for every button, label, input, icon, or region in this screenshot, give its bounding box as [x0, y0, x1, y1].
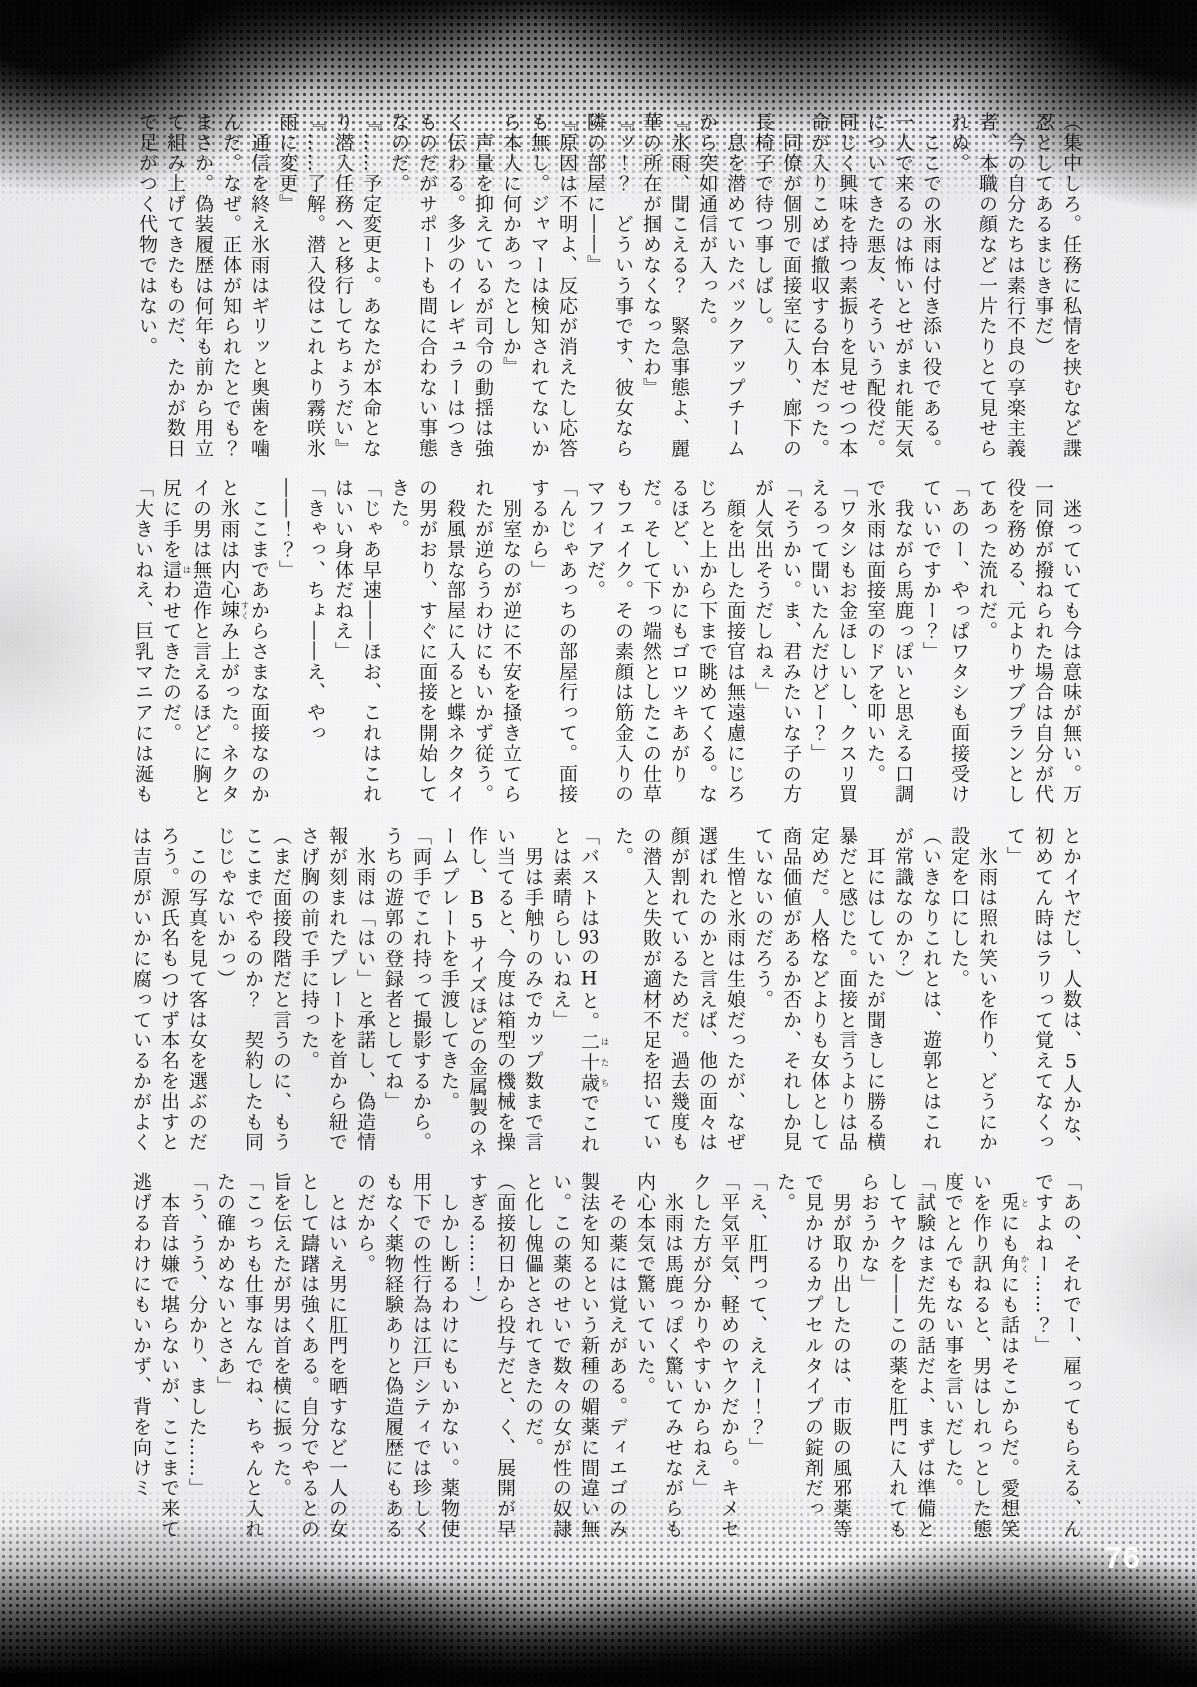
novel-page: （集中しろ。任務に私情を挟むなど諜忍としてあるまじき事だ） 今の自分たちは素行不…	[0, 0, 1197, 1687]
paragraph: 「両手でこれ持って撮影するから。うちの遊郭の登録者としてね」	[379, 826, 435, 1170]
paragraph: 『ッ！？ どういう事です、彼女なら隣の部屋に――』	[581, 112, 637, 462]
paragraph: 同僚が個別で面接室に入り、廊下の長椅子で待つ事しばし。	[749, 112, 805, 462]
page-number: 76	[1105, 1540, 1141, 1576]
paragraph: 本音は嫌で堪らないが、ここまで来て逃げるわけにもいかず、背を向けミ	[133, 1172, 183, 1550]
paragraph: 氷雨は「はい」と承諾し、偽造情報が刻まれたプレートを首から紐でさげ胸の前で手に持…	[295, 826, 379, 1170]
paragraph: （いきなりこれとは、遊郭とはこれが常識なのか？）	[889, 826, 945, 1170]
paragraph: 「じゃあ早速――ほお、これはこれはいい身体だねえ」	[329, 478, 385, 824]
paragraph: 耳にはしていたが聞きしに勝る横暴だと感じた。面接と言うよりは品定めだ。人格などよ…	[749, 826, 889, 1170]
paragraph: （まだ面接段階だと言うのに、もうここまでやるのか？ 契約したも同じじゃないかっ）	[211, 826, 295, 1170]
paragraph: 殺風景な部屋に入ると蝶ネクタイの男がおり、すぐに面接を開始してきた。	[385, 478, 469, 824]
paragraph: 生憎と氷雨は生娘だったが、なぜ選ばれたのかと言えば、他の面々は顔が割れているため…	[609, 826, 749, 1170]
paragraph: 『……了解。潜入役はこれより霧咲氷雨に変更』	[273, 112, 329, 462]
paragraph: 「ワタシもお金ほしいし、クスリ買えるって聞いたんだけどー？」	[805, 478, 861, 824]
paragraph: 男が取り出したのは、市販の風邪薬等で見かけるカプセルタイプの錠剤だった。	[771, 1172, 855, 1550]
text-band-3: とかイヤだし、人数は、5人かな、初めてん時はラリって覚えてなくって」 氷雨は照れ…	[133, 826, 1085, 1170]
paragraph: 声量を抑えているが司令の動揺は強く伝わる。多少のイレギュラーはつきものだがサポー…	[385, 112, 497, 462]
paragraph: 「あの、それでー、雇ってもらえる、んですよねー……？」	[1029, 1172, 1085, 1550]
paragraph: 「きゃっ、ちょ――え、やっ――！？」	[273, 478, 329, 824]
paragraph: 顔を出した面接官は無遠慮にじろじろと上から下まで眺めてくる。なるほど、いかにもゴ…	[581, 478, 749, 824]
text-band-1: （集中しろ。任務に私情を挟むなど諜忍としてあるまじき事だ） 今の自分たちは素行不…	[133, 112, 1085, 462]
paragraph: 通信を終え氷雨はギリッと奥歯を噛んだ。なぜ。正体が知られたとでも？ まさか。偽装…	[133, 112, 273, 462]
paragraph: 『原因は不明よ、反応が消えたし応答も無し。ジャマーは検知されてないから本人に何か…	[497, 112, 581, 462]
paragraph: 「あのー、やっぱワタシも面接受けていいですかー？」	[917, 478, 973, 824]
paragraph: しかし断るわけにもいかない。薬物使用下での性行為は江戸シティでは珍しくもなく薬物…	[351, 1172, 463, 1550]
paragraph: 男は手触りのみでカップ数まで言い当てると、今度は箱型の機械を操作し、B5サイズほ…	[435, 826, 547, 1170]
text-band-2: 迷っていても今は意味が無い。万一同僚が撥ねられた場合は自分が代役を務める、元より…	[133, 478, 1085, 824]
paragraph: ここまであからさまな面接なのかと氷雨は内心竦すくみ上がった。ネクタイの男は無造作…	[157, 478, 273, 824]
paragraph: ここでの氷雨は付き添い役である。一人で来るのは怖いとせがまれ能天気についてきた悪…	[805, 112, 945, 462]
paragraph: 「バストは93のHと。二十歳はたちでこれとは素晴らしいねえ」	[547, 826, 609, 1170]
paragraph: 「試験はまだ先の話だよ、まずは準備としてヤクを――この薬を肛門に入れてもらおうか…	[855, 1172, 939, 1550]
paragraph: 我ながら馬鹿っぽいと思える口調で氷雨は面接室のドアを叩いた。	[861, 478, 917, 824]
paragraph: （面接初日から投与だと、く、展開が早すぎる……！）	[463, 1172, 519, 1550]
paragraph: 息を潜めていたバックアップチームから突如通信が入った。	[693, 112, 749, 462]
paragraph: 『……予定変更よ。あなたが本命となり潜入任務へと移行してちょうだい』	[329, 112, 385, 462]
paragraph: 「え、肛門って、ええー！？」	[743, 1172, 771, 1550]
paragraph: 迷っていても今は意味が無い。万一同僚が撥ねられた場合は自分が代役を務める、元より…	[973, 478, 1085, 824]
paragraph: 「平気平気、軽めのヤクだから。キメセクした方が分かりやすいからねえ」	[687, 1172, 743, 1550]
paragraph: 「そうかい。ま、君みたいな子の方が人気出そうだしねぇ」	[749, 478, 805, 824]
paragraph: （集中しろ。任務に私情を挟むなど諜忍としてあるまじき事だ）	[1029, 112, 1085, 462]
paragraph: とはいえ男に肛門を晒すなど一人の女として躊躇は強くある。自分でやるとの旨を伝えた…	[267, 1172, 351, 1550]
page-text-area: （集中しろ。任務に私情を挟むなど諜忍としてあるまじき事だ） 今の自分たちは素行不…	[133, 112, 1085, 1552]
paragraph: 「大きいねえ、巨乳マニアには涎ものだ。尻もどっしり形もいい。経験は何人？ 避妊は…	[133, 478, 157, 824]
paragraph: 「う、うう、分かり、ました……」	[183, 1172, 211, 1550]
paragraph: 氷雨は馬鹿っぽく驚いてみせながらも内心本気で驚いていた。	[631, 1172, 687, 1550]
paragraph: 兎とにも角かくにも話はそこからだ。愛想笑いを作り訊ねると、男はしれっとした態度で…	[939, 1172, 1029, 1550]
paragraph: 『氷雨、聞こえる？ 緊急事態よ、麗華の所在が掴めなくなったわ』	[637, 112, 693, 462]
paragraph: 別室なのが逆に不安を掻き立てられたが逆らうわけにもいかず従う。	[469, 478, 525, 824]
paragraph: 今の自分たちは素行不良の享楽主義者、本職の顔など一片たりとて見せられぬ。	[945, 112, 1029, 462]
paragraph: この写真を見て客は女を選ぶのだろう。源氏名もつけず本名を出すとは吉原がいかに腐っ…	[133, 826, 211, 1170]
paragraph: 氷雨は照れ笑いを作り、どうにか設定を口にした。	[945, 826, 1001, 1170]
paragraph: とかイヤだし、人数は、5人かな、初めてん時はラリって覚えてなくって」	[1001, 826, 1085, 1170]
paragraph: 「こっちも仕事なんでね、ちゃんと入れたの確かめないとさあ」	[211, 1172, 267, 1550]
text-band-4: 「あの、それでー、雇ってもらえる、んですよねー……？」 兎とにも角かくにも話はそ…	[133, 1172, 1085, 1550]
paragraph: その薬には覚えがある。ディエゴのみ製法を知るという新種の媚薬に間違い無い。この薬…	[519, 1172, 631, 1550]
paragraph: 「んじゃあっちの部屋行って。面接するから」	[525, 478, 581, 824]
